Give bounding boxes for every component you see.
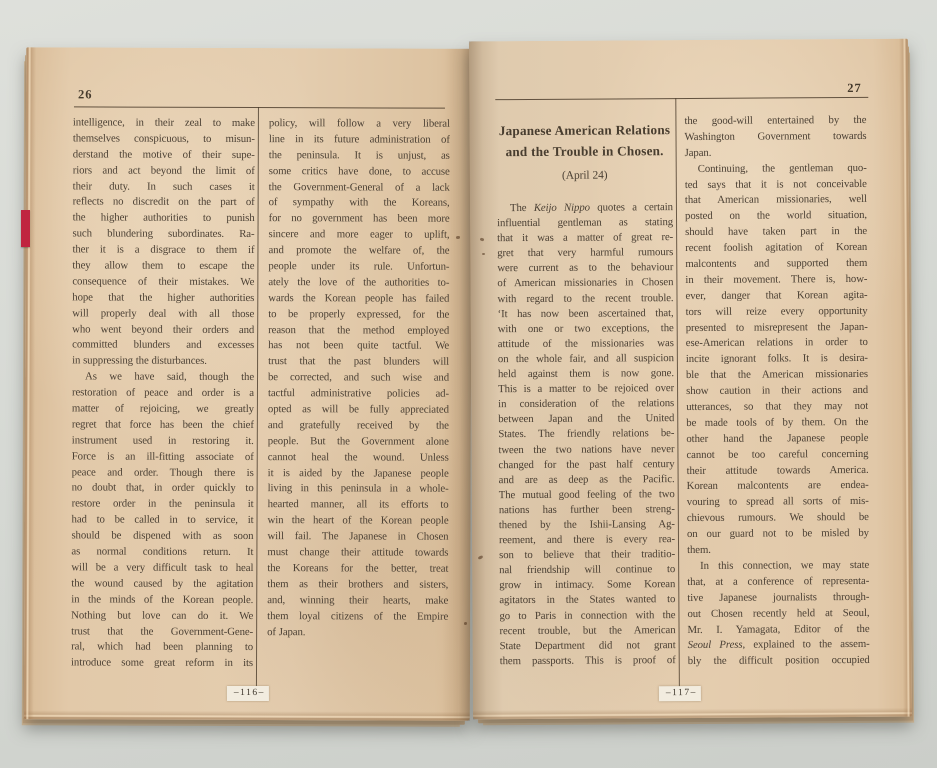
text-line: on the whole fair, and all suspicion xyxy=(498,351,674,367)
text-line: cannot be too careful concerning xyxy=(686,447,868,464)
text-line: the Government-General of a lack xyxy=(269,180,450,197)
text-line: influential gentleman as stating xyxy=(497,215,673,231)
text-line: them passports. This is proof of xyxy=(500,653,676,669)
text-line: of Japan. xyxy=(267,625,448,642)
text-line: The Keijo Nippo quotes a certain xyxy=(497,200,673,216)
text-line: people under its rule. Unfortun- xyxy=(268,259,449,276)
text-line: them as their brothers and sisters, xyxy=(267,577,448,594)
text-line: utterances, so that they may not xyxy=(686,399,868,416)
text-line: should be dispened with as soon xyxy=(71,529,253,546)
text-line: of American missionaries in Chosen xyxy=(497,276,673,292)
column-divider xyxy=(256,107,259,686)
text-line: the peninsula. It is unjust, as xyxy=(269,148,450,165)
text-line: nations has further been streng- xyxy=(499,502,675,518)
text-line: some critics have done, to accuse xyxy=(269,164,450,181)
text-line: to be properly expressed, for the xyxy=(268,307,449,324)
article-title-line: Japanese American Relations xyxy=(496,119,672,141)
text-line: trust that the past blunders will xyxy=(268,354,449,371)
text-line: and are as deep as the Pacific. xyxy=(499,472,675,488)
text-line: grow in intimacy. Some Korean xyxy=(499,577,675,593)
text-line: for no government has been more xyxy=(269,211,450,228)
text-line: Korean malcontents are endea- xyxy=(687,478,869,495)
text-line: gret that very harmful rumours xyxy=(497,245,673,261)
text-line: and, winning their hearts, make xyxy=(267,593,448,610)
footer-page-label: –117– xyxy=(659,686,701,701)
text-line: posted on the world situation, xyxy=(685,208,867,225)
text-line: will properly deal with all those xyxy=(72,306,254,323)
text-line: ever, danger that Korean agita- xyxy=(685,288,867,305)
text-line: be corrected, and such wise and xyxy=(268,370,449,387)
text-line: that, at a conference of representa- xyxy=(687,574,869,591)
text-line: introduce some great reform in its xyxy=(71,656,253,673)
text-line: tive Japanese journalists through- xyxy=(687,590,869,607)
text-line: held against them is now gone. xyxy=(498,366,674,382)
text-line: bly the difficult position occupied xyxy=(688,653,870,670)
text-line: their attitude towards America. xyxy=(687,463,869,480)
text-line: who went beyond their orders and xyxy=(72,322,254,339)
text-line: recent trouble, but the American xyxy=(499,623,675,639)
text-line: peace and order. Though there is xyxy=(72,465,254,482)
text-line: with regard to the recent trouble. xyxy=(497,291,673,307)
text-line: will be a very difficult task to heal xyxy=(71,560,253,577)
text-line: This is a matter to be rejoiced over xyxy=(498,381,674,397)
text-line: line in its future administration of xyxy=(269,132,450,149)
text-line: the Koreans for the better, treat xyxy=(267,561,448,578)
text-line: nal friendship will continue to xyxy=(499,562,675,578)
text-line: win the heart of the Korean people xyxy=(267,513,448,530)
header-rule xyxy=(74,106,445,108)
text-line: should have taken part in the xyxy=(685,224,867,241)
text-line: chievous rumours. We should be xyxy=(687,510,869,527)
text-line: has not been quite tactful. We xyxy=(268,339,449,356)
bookmark-ribbon xyxy=(21,210,30,247)
article-title-line: and the Trouble in Chosen. xyxy=(497,140,673,162)
text-line: intelligence, in their zeal to make xyxy=(73,115,255,132)
text-line: malcontents and supported them xyxy=(685,256,867,273)
article-heading: Japanese American Relations and the Trou… xyxy=(496,119,672,184)
text-line: Nothing but love can do it. We xyxy=(71,608,253,625)
text-line: hearted manner, all its efforts to xyxy=(268,497,449,514)
text-line: Mr. I. Yamagata, Editor of the xyxy=(687,621,869,638)
text-line: and promote the welfare of, the xyxy=(268,243,449,260)
text-line: show caution in their actions and xyxy=(686,383,868,400)
text-line: ese-American relations in order to xyxy=(686,335,868,352)
text-column: policy, will follow a very liberalline i… xyxy=(267,116,450,641)
text-line: of sympathy with the Koreans, xyxy=(269,196,450,213)
text-line: opted as will be fully appreciated xyxy=(268,402,449,419)
text-line: son to believe that their traditio- xyxy=(499,547,675,563)
text-line: people. But the Government alone xyxy=(268,434,449,451)
text-line: ‘It has now been ascertained that, xyxy=(498,306,674,322)
text-line: living in this peninsula in a whole- xyxy=(268,482,449,499)
text-line: restore order in the peninsula it xyxy=(72,497,254,514)
text-line: tactful administrative policies ad- xyxy=(268,386,449,403)
text-line: thened by the Ishii-Lansing Ag- xyxy=(499,517,675,533)
text-line: ther it is a disgrace to them if xyxy=(72,243,254,260)
text-line: trust that the Government-Gene- xyxy=(71,624,253,641)
text-line: other hand the Japanese people xyxy=(686,431,868,448)
text-line: cannot heal the wound. Unless xyxy=(268,450,449,467)
text-column: intelligence, in their zeal to makethems… xyxy=(71,115,255,672)
text-line: and gratefully received by the xyxy=(268,418,449,435)
text-line: reement, and there is every rea- xyxy=(499,532,675,548)
text-line: in consideration of the relations xyxy=(498,396,674,412)
text-line: no doubt that, in order quickly to xyxy=(72,481,254,498)
text-line: wards the Korean people has failed xyxy=(268,291,449,308)
text-line: committed blunders and excesses xyxy=(72,338,254,355)
text-line: will fail. The Japanese in Chosen xyxy=(267,529,448,546)
text-line: them. xyxy=(687,542,869,559)
text-line: them loyal citizens of the Empire xyxy=(267,609,448,626)
text-line: recent foolish agitation of Korean xyxy=(685,240,867,257)
text-line: sincere and more eager to uplift, xyxy=(268,227,449,244)
text-line: ble that the American missionaries xyxy=(686,367,868,384)
open-book: 26 intelligence, in their zeal to maketh… xyxy=(25,40,910,730)
text-line: must change their attitude towards xyxy=(267,545,448,562)
text-line: Seoul Press, explained to the assem- xyxy=(688,637,870,654)
text-line: Force is an ill-fitting associate of xyxy=(72,449,254,466)
text-line: incite ignorant folks. It is desira- xyxy=(686,351,868,368)
text-line: hope that the higher authorities xyxy=(72,290,254,307)
text-line: had to be called in to service, it xyxy=(71,513,253,530)
text-line: Continuing, the gentleman quo- xyxy=(685,161,867,178)
text-line: on our guard not to be misled by xyxy=(687,526,869,543)
text-column: Japanese American Relations and the Trou… xyxy=(496,116,675,669)
text-line: attitude of the missionaries was xyxy=(498,336,674,352)
text-line: regret that force has been the chief xyxy=(72,417,254,434)
text-line: In this connection, we may state xyxy=(687,558,869,575)
text-line: reflects no discredit on the part of xyxy=(73,195,255,212)
text-line: riors and act beyond the limit of xyxy=(73,163,255,180)
header-rule xyxy=(495,97,868,100)
text-line: The mutual good feeling of the two xyxy=(499,487,675,503)
text-line: between Japan and the United xyxy=(498,411,674,427)
text-line: go to Paris in connection with the xyxy=(499,608,675,624)
page-number: 27 xyxy=(847,81,862,96)
text-line: reason that the method employed xyxy=(268,323,449,340)
text-line: that it was a matter of great re- xyxy=(497,230,673,246)
page-26: 26 intelligence, in their zeal to maketh… xyxy=(24,47,472,721)
text-line: the wound caused by the agitation xyxy=(71,576,253,593)
text-line: in the minds of the Korean people. xyxy=(71,592,253,609)
text-line: Japan. xyxy=(685,145,867,162)
text-line: tween the two nations have never xyxy=(498,442,674,458)
text-line: with one or two exceptions, the xyxy=(498,321,674,337)
text-line: in their movement. There is, how- xyxy=(685,272,867,289)
text-line: policy, will follow a very liberal xyxy=(269,116,450,133)
text-line: derstand the motive of their supe- xyxy=(73,147,255,164)
text-line: ately the love of the authorities to- xyxy=(268,275,449,292)
text-line: As we have said, though the xyxy=(72,370,254,387)
text-line: States. The friendly relations be- xyxy=(498,427,674,443)
text-line: ral, which had been planning to xyxy=(71,640,253,657)
text-line: restoration of peace and order is a xyxy=(72,386,254,403)
text-line: out Chosen recently held at Seoul, xyxy=(687,606,869,623)
text-line: changed for the past half century xyxy=(498,457,674,473)
text-line: the good-will entertained by the xyxy=(684,113,866,130)
text-line: presented to misrepresent the Japan- xyxy=(686,319,868,336)
text-line: they allow them to escape the xyxy=(72,258,254,275)
text-line: consequence of their mistakes. We xyxy=(72,274,254,291)
text-line: the higher authorities to punish xyxy=(73,211,255,228)
text-line: instrument used in restoring it. xyxy=(72,433,254,450)
text-line: tors will reize every opportunity xyxy=(686,304,868,321)
text-line: as normal conditions return. It xyxy=(71,544,253,561)
text-line: matter of rejoicing, we greatly xyxy=(72,401,254,418)
text-line: that American missionaries, well xyxy=(685,192,867,209)
footer-page-label: –116– xyxy=(227,686,269,701)
text-line: agitators in the States wanted to xyxy=(499,593,675,609)
photo-background: 26 intelligence, in their zeal to maketh… xyxy=(0,0,937,768)
text-line: State Department did not grant xyxy=(500,638,676,654)
page-27: 27 Japanese American Relations and the T… xyxy=(469,39,912,720)
text-line: Washington Government towards xyxy=(684,129,866,146)
text-line: be made tools of by them. On the xyxy=(686,415,868,432)
text-line: in suppressing the disturbances. xyxy=(72,354,254,371)
text-line: such blundering subordinates. Ra- xyxy=(72,227,254,244)
text-line: their duty. In such cases it xyxy=(73,179,255,196)
text-line: ted says that it is not conceivable xyxy=(685,176,867,193)
text-column: the good-will entertained by theWashingt… xyxy=(684,113,869,670)
column-divider xyxy=(675,98,680,690)
article-date: (April 24) xyxy=(497,167,673,184)
text-line: themselves conspicuous, to misun- xyxy=(73,131,255,148)
text-line: vouring to spread all sorts of mis- xyxy=(687,494,869,511)
text-line: it is aided by the Japanese people xyxy=(268,466,449,483)
page-number: 26 xyxy=(78,87,93,102)
text-line: were current as to the behaviour xyxy=(497,260,673,276)
